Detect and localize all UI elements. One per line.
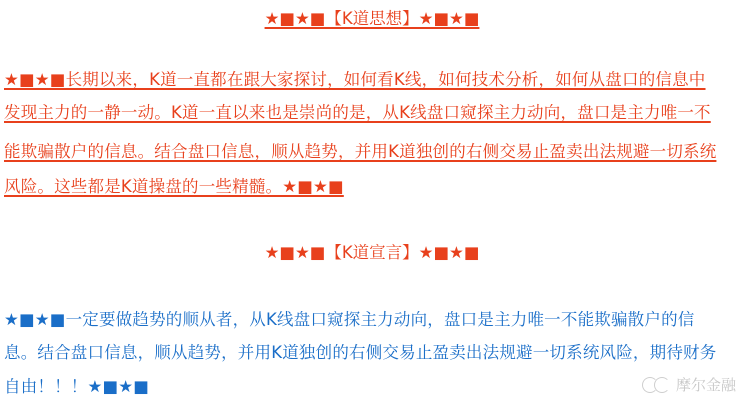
watermark-text: 摩尔金融	[676, 374, 736, 395]
paragraph-line: 息。结合盘口信息，顺从趋势，并用K道独创的右侧交易止盈卖出法规避一切系统风险，期…	[4, 339, 716, 363]
section-title-k-manifesto: ★■★■【K道宣言】★■★■	[0, 239, 744, 263]
paragraph-line: 发现主力的一静一动。K道一直以来也是崇尚的是，从K线盘口窥探主力动向，盘口是主力…	[4, 99, 711, 123]
paragraph-line: 自由！！！★■★■	[4, 373, 149, 397]
watermark: 摩尔金融	[642, 374, 736, 395]
paragraph-line: 能欺骗散户的信息。结合盘口信息，顺从趋势，并用K道独创的右侧交易止盈卖出法规避一…	[4, 138, 716, 162]
section-title-k-thought: ★■★■【K道思想】★■★■	[0, 5, 744, 29]
paragraph-line: ★■★■一定要做趋势的顺从者，从K线盘口窥探主力动向，盘口是主力唯一不能欺骗散户…	[4, 306, 694, 330]
double-circle-logo-icon	[642, 377, 672, 393]
paragraph-line: ★■★■长期以来，K道一直都在跟大家探讨，如何看K线，如何技术分析，如何从盘口的…	[4, 66, 706, 90]
paragraph-line: 风险。这些都是K道操盘的一些精髓。★■★■	[4, 173, 344, 197]
